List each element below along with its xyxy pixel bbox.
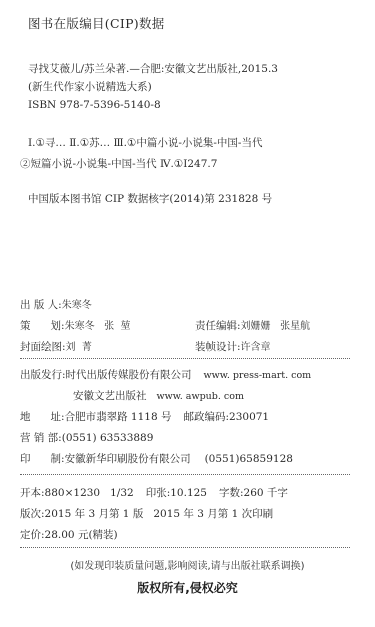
format-label: 开本: xyxy=(20,487,45,499)
cip-isbn: ISBN 978-7-5396-5140-8 xyxy=(28,98,161,112)
credit-planning: 策 划:朱寒冬 张 堃 xyxy=(20,319,130,334)
postcode-label: 邮政编码: xyxy=(183,411,229,423)
credit-value: 刘姗姗 张星航 xyxy=(241,321,311,332)
marketing-label: 营 销 部: xyxy=(20,432,62,444)
cip-classification-line-2: ②短篇小说-小说集-中国-当代 Ⅳ.①I247.7 xyxy=(20,157,217,171)
printing-line: 印 制:安徽新华印刷股份有限公司(0551)65859128 xyxy=(20,452,293,466)
printing-phone: (0551)65859128 xyxy=(205,453,293,465)
credit-label: 责任编辑: xyxy=(195,319,241,333)
distribution-label: 出版发行: xyxy=(20,369,66,381)
cip-classification-line-1: Ⅰ.①寻… Ⅱ.①苏… Ⅲ.①中篇小说-小说集-中国-当代 xyxy=(28,136,262,150)
cip-series-line: (新生代作家小说精选大系) xyxy=(28,80,152,94)
distribution-url-2: www. awpub. com xyxy=(157,391,244,402)
credit-label: 封面绘图: xyxy=(20,340,66,354)
postcode-value: 230071 xyxy=(229,411,269,423)
quality-notice: (如发现印装质量问题,影响阅读,请与出版社联系调换) xyxy=(0,560,375,574)
distribution-line-2: 安徽文艺出版社www. awpub. com xyxy=(73,389,244,404)
credit-cover-art: 封面绘图:刘 菁 xyxy=(20,340,92,355)
marketing-phone: (0551) 63533889 xyxy=(62,432,154,444)
divider xyxy=(20,358,350,359)
credit-value: 朱寒冬 xyxy=(62,300,92,311)
divider xyxy=(20,474,350,475)
credit-value: 刘 菁 xyxy=(66,342,92,353)
credit-label: 装帧设计: xyxy=(195,340,241,354)
credit-label: 策 划: xyxy=(20,319,65,333)
distribution-company-2: 安徽文艺出版社 xyxy=(73,390,147,402)
address-value: 合肥市翡翠路 1118 号 xyxy=(65,411,172,423)
format-value: 880×1230 1/32 xyxy=(45,487,134,499)
edition-label: 版次: xyxy=(20,508,45,520)
sheets-label: 印张: xyxy=(146,487,171,499)
address-line: 地 址:合肥市翡翠路 1118 号邮政编码:230071 xyxy=(20,410,269,424)
printing-company: 安徽新华印刷股份有限公司 xyxy=(65,453,191,465)
credit-value: 许含章 xyxy=(241,342,271,353)
words-label: 字数: xyxy=(219,487,244,499)
marketing-line: 营 销 部:(0551) 63533889 xyxy=(20,431,153,445)
cip-heading: 图书在版编目(CIP)数据 xyxy=(28,17,165,31)
edition-line: 版次:2015 年 3 月第 1 版 2015 年 3 月第 1 次印刷 xyxy=(20,507,273,521)
cip-verification-number: 中国版本图书馆 CIP 数据核字(2014)第 231828 号 xyxy=(28,192,272,206)
rights-statement: 版权所有,侵权必究 xyxy=(0,580,375,596)
distribution-line-1: 出版发行:时代出版传媒股份有限公司www. press-mart. com xyxy=(20,368,311,383)
sheets-value: 10.125 xyxy=(170,487,207,499)
credit-publisher-person: 出 版 人:朱寒冬 xyxy=(20,298,92,313)
divider xyxy=(20,547,350,548)
price-label: 定价: xyxy=(20,529,45,541)
credit-editor: 责任编辑:刘姗姗 张星航 xyxy=(195,319,310,334)
credit-label: 出 版 人: xyxy=(20,298,62,312)
cip-bibliographic-line: 寻找艾薇儿/苏兰朵著.—合肥:安徽文艺出版社,2015.3 xyxy=(28,62,278,76)
credit-value: 朱寒冬 张 堃 xyxy=(65,321,131,332)
edition-value: 2015 年 3 月第 1 版 2015 年 3 月第 1 次印刷 xyxy=(45,508,274,520)
words-value: 260 千字 xyxy=(244,487,288,499)
specs-line: 开本:880×1230 1/32印张:10.125字数:260 千字 xyxy=(20,486,288,500)
printing-label: 印 制: xyxy=(20,453,65,465)
distribution-company-1: 时代出版传媒股份有限公司 xyxy=(66,369,192,381)
price-value: 28.00 元(精装) xyxy=(45,529,118,541)
credit-binding-design: 装帧设计:许含章 xyxy=(195,340,271,355)
price-line: 定价:28.00 元(精装) xyxy=(20,528,118,542)
distribution-url-1: www. press-mart. com xyxy=(204,370,312,381)
address-label: 地 址: xyxy=(20,411,65,423)
